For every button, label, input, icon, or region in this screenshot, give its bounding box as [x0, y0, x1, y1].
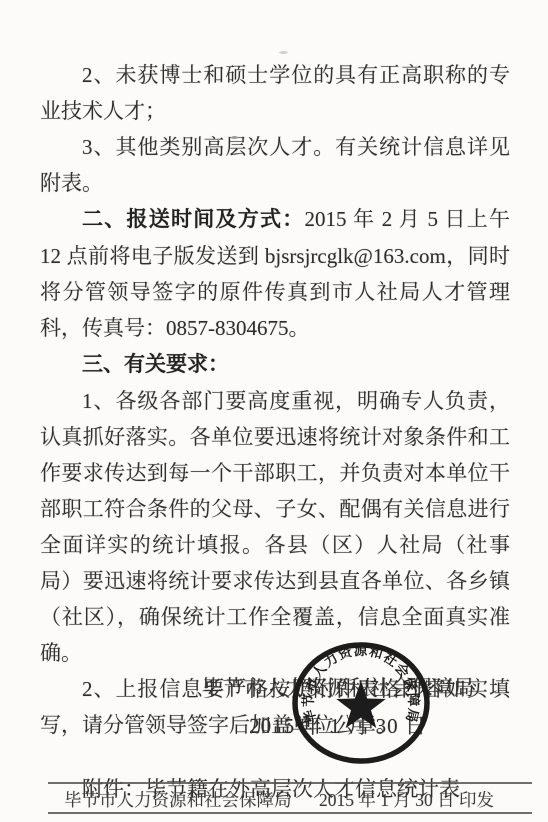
paragraph-requirement-1: 1、各级各部门要高度重视，明确专人负责，认真抓好落实。各单位要迅速将统计对象条件… — [40, 383, 510, 671]
paragraph-section-3: 三、有关要求： — [40, 346, 510, 383]
section-heading: 三、有关要求： — [82, 353, 229, 376]
paragraph-text: 1、各级各部门要高度重视，明确专人负责，认真抓好落实。各单位要迅速将统计对象条件… — [40, 389, 510, 665]
official-seal: 毕节市人力资源和社会保障局 — [288, 640, 434, 766]
scan-speck — [231, 136, 238, 139]
footer-issuer: 毕节市人力资源和社会保障局 — [64, 787, 292, 812]
footer-print-date: 2015 年 1 月 30 日 印发 — [319, 787, 494, 812]
colophon: 毕节市人力资源和社会保障局 2015 年 1 月 30 日 印发 — [48, 787, 532, 812]
star-icon — [336, 681, 385, 728]
paragraph-item-3: 3、其他类别高层次人才。有关统计信息详见附表。 — [40, 129, 510, 201]
section-heading: 二、报送时间及方式： — [82, 208, 305, 231]
paragraph-item-2: 2、未获博士和硕士学位的具有正高职称的专业技术人才； — [40, 57, 510, 129]
paragraph-text: 3、其他类别高层次人才。有关统计信息详见附表。 — [40, 135, 510, 195]
footer-rule-bottom — [48, 812, 532, 814]
scan-speck — [279, 51, 288, 54]
paragraph-section-2: 二、报送时间及方式：2015 年 2 月 5 日上午 12 点前将电子版发送到 … — [40, 201, 510, 346]
paragraph-text: 2、未获博士和硕士学位的具有正高职称的专业技术人才； — [40, 63, 510, 123]
footer-rule-top — [48, 782, 532, 784]
